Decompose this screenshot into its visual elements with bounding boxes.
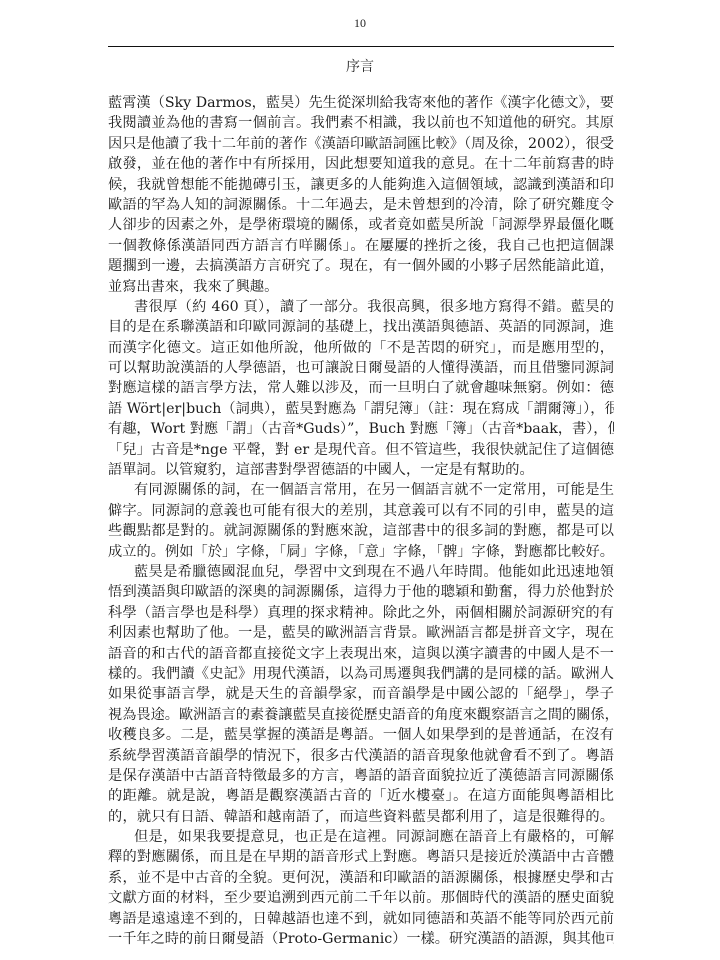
text-line: 有同源關係的詞，在一個語言常用，在另一個語言就不一定常用，可能是生 <box>108 480 614 500</box>
text-line: 啟發，並在他的著作中有所採用，因此想要知道我的意見。在十二年前寫書的時 <box>108 154 614 174</box>
text-line: 「兒」古音是*nge 平聲，對 er 是現代音。但不管這些，我很快就記住了這個德 <box>108 440 614 460</box>
text-line: 我閱讀並為他的書寫一個前言。我們素不相識，我以前也不知道他的研究。其原 <box>108 113 614 133</box>
text-line: 候，我就曾想能不能拋磚引玉，讓更多的人能夠進入這個領域，認識到漢語和印 <box>108 175 614 195</box>
section-title: 序言 <box>0 56 720 76</box>
text-line: 一千年之時的前日爾曼語（Proto-Germanic）一樣。研究漢語的語源，與其… <box>108 929 614 949</box>
text-line: 成立的。例如「於」字條，「屙」字條，「意」字條，「髀」字條，對應都比較好。 <box>108 542 614 562</box>
text-line: 的距離。就是說，粵語是觀察漢語古音的「近水樓臺」。在這方面能與粵語相比 <box>108 786 614 806</box>
text-line: 可以幫助說漢語的人學德語，也可讓說日爾曼語的人懂得漢語，而且借鑒同源詞 <box>108 358 614 378</box>
text-line: 有趣，Wort 對應「謂」（古音*Guds）”，Buch 對應「簿」（古音*ba… <box>108 419 614 439</box>
text-line: 人卻步的因素之外，是學術環境的關係，或者竟如藍昊所說「詞源學界最僵化嘅 <box>108 215 614 235</box>
text-line: 文獻方面的材料，至少要追溯到西元前二千年以前。那個時代的漢語的歷史面貌 <box>108 888 614 908</box>
text-line: 釋的對應關係，而且是在早期的語音形式上對應。粵語只是接近於漢語中古音體 <box>108 847 614 867</box>
text-line: 語單詞。以管窺豹，這部書對學習德語的中國人，一定是有幫助的。 <box>108 460 614 480</box>
text-line: 目的是在系聯漢語和印歐同源詞的基礎上，找出漢語與德語、英語的同源詞，進 <box>108 317 614 337</box>
text-line: 僻字。同源詞的意義也可能有很大的差別，其意義可以有不同的引申，藍昊的這 <box>108 501 614 521</box>
text-line: 因只是他讀了我十二年前的著作《漢語印歐語詞匯比較》（周及徐，2002），很受 <box>108 134 614 154</box>
text-line: 但是，如果我要提意見，也正是在這裡。同源詞應在語音上有嚴格的，可解 <box>108 827 614 847</box>
text-line: 藍昊是希臘德國混血兒，學習中文到現在不過八年時間。他能如此迅速地領 <box>108 562 614 582</box>
text-line: 如果從事語言學，就是天生的音韻學家，而音韻學是中國公認的「絕學」，學子 <box>108 684 614 704</box>
text-line: 科學（語言學也是科學）真理的探求精神。除此之外，兩個相關於詞源研究的有 <box>108 603 614 623</box>
text-line: 並寫出書來，我來了興趣。 <box>108 277 614 297</box>
header-rule <box>108 46 614 47</box>
text-line: 樣的。我們讀《史記》用現代漢語，以為司馬遷與我們講的是同樣的話。歐洲人 <box>108 664 614 684</box>
text-line: 些觀點都是對的。就詞源關係的對應來說，這部書中的很多詞的對應，都是可以 <box>108 521 614 541</box>
text-line: 藍霄漢（Sky Darmos，藍昊）先生從深圳給我寄來他的著作《漢字化德文》，要 <box>108 93 614 113</box>
text-line: 系，並不是中古音的全貌。更何況，漢語和印歐語的語源關係，根據歷史學和古 <box>108 868 614 888</box>
text-line: 而漢字化德文。這正如他所說，他所做的「不是苦悶的研究」，而是應用型的， <box>108 338 614 358</box>
page-number: 10 <box>0 16 720 31</box>
text-line: 系統學習漢語音韻學的情況下，很多古代漢語的語音現象他就會看不到了。粵語 <box>108 746 614 766</box>
text-line: 視為畏途。歐洲語言的素養讓藍昊直接從歷史語音的角度來觀察語言之間的關係， <box>108 705 614 725</box>
text-line: 粵語是遠遠達不到的，日韓越語也達不到，就如同德語和英語不能等同於西元前 <box>108 909 614 929</box>
text-line: 歐語的罕為人知的詞源關係。十二年過去，是未曾想到的冷清，除了研究難度令 <box>108 195 614 215</box>
text-line: 語 Wört|er|buch（詞典），藍昊對應為「謂兒簿」（註：現在寫成「謂爾簿… <box>108 399 614 419</box>
text-line: 是保存漢語中古語音特徵最多的方言，粵語的語音面貌拉近了漢德語言同源關係 <box>108 766 614 786</box>
text-line: 收穫良多。二是，藍昊掌握的漢語是粵語。一個人如果學到的是普通話，在沒有 <box>108 725 614 745</box>
text-line: 語音的和古代的語音都直接從文字上表現出來，這與以漢字讀書的中國人是不一 <box>108 644 614 664</box>
body-text: 藍霄漢（Sky Darmos，藍昊）先生從深圳給我寄來他的著作《漢字化德文》，要… <box>108 93 614 949</box>
text-line: 書很厚（約 460 頁），讀了一部分。我很高興，很多地方寫得不錯。藍昊的 <box>108 297 614 317</box>
text-line: 悟到漢語與印歐語的深奧的詞源關係，這得力于他的聰穎和勤奮，得力於他對於 <box>108 582 614 602</box>
text-line: 的，就只有日語、韓語和越南語了，而這些資料藍昊都利用了，這是很難得的。 <box>108 807 614 827</box>
text-line: 一個教條係漢語同西方語言冇咩關係」。在屢屢的挫折之後，我自己也把這個課 <box>108 236 614 256</box>
text-line: 利因素也幫助了他。一是，藍昊的歐洲語言背景。歐洲語言都是拼音文字，現在 <box>108 623 614 643</box>
text-line: 題擱到一邊，去搞漢語方言研究了。現在，有一個外國的小夥子居然能諳此道， <box>108 256 614 276</box>
text-line: 對應這樣的語言學方法，常人難以涉及，而一旦明白了就會趣味無窮。例如：德 <box>108 378 614 398</box>
